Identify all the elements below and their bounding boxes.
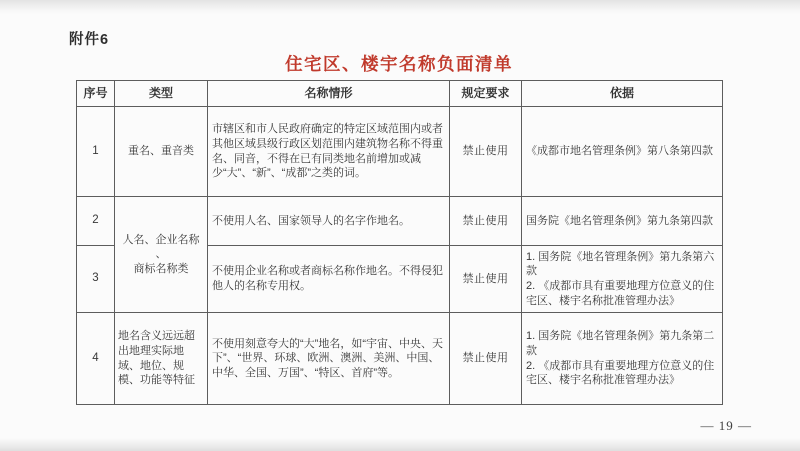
table-row: 2 人名、企业名称 、 商标名称类 不使用人名、国家领导人的名字作地名。 禁止使… [77,197,723,246]
attachment-label: 附件6 [69,28,109,49]
table-header-row: 序号 类型 名称情形 规定要求 依据 [77,81,723,107]
cell-no: 2 [77,197,115,246]
cell-type: 重名、重音类 [115,107,208,197]
cell-situation: 不使用刻意夸大的“大”地名，如“宇宙、中央、天下”、“世界、环球、欧洲、澳洲、美… [208,313,450,405]
cell-basis: 1. 国务院《地名管理条例》第九条第六款 2. 《成都市具有重要地理方位意义的住… [522,246,723,313]
cell-requirement: 禁止使用 [450,246,522,313]
header-situation: 名称情形 [208,81,450,107]
cell-type: 地名含义远远超出地理实际地域、地位、规模、功能等特征 [115,313,208,405]
cell-requirement: 禁止使用 [450,313,522,405]
table-row: 1 重名、重音类 市辖区和市人民政府确定的特定区域范围内或者其他区域县级行政区划… [77,107,723,197]
negative-list-table: 序号 类型 名称情形 规定要求 依据 1 重名、重音类 市辖区和市人民政府确定的… [76,80,723,405]
cell-type-merged: 人名、企业名称 、 商标名称类 [115,197,208,313]
header-no: 序号 [77,81,115,107]
cell-no: 4 [77,313,115,405]
header-basis: 依据 [522,81,723,107]
cell-requirement: 禁止使用 [450,197,522,246]
page-title: 住宅区、楼宇名称负面清单 [76,51,722,76]
document-page: 附件6 住宅区、楼宇名称负面清单 序号 类型 名称情形 规定要求 依据 1 重名… [0,0,800,451]
cell-basis: 1. 国务院《地名管理条例》第九条第二款 2. 《成都市具有重要地理方位意义的住… [522,313,723,405]
page-number: — 19 — [701,418,753,434]
header-requirement: 规定要求 [450,81,522,107]
cell-basis: 《成都市地名管理条例》第八条第四款 [522,107,723,197]
cell-requirement: 禁止使用 [450,107,522,197]
cell-no: 3 [77,246,115,313]
cell-situation: 不使用企业名称或者商标名称作地名。不得侵犯他人的名称专用权。 [208,246,450,313]
table-row: 4 地名含义远远超出地理实际地域、地位、规模、功能等特征 不使用刻意夸大的“大”… [77,313,723,405]
cell-basis: 国务院《地名管理条例》第九条第四款 [522,197,723,246]
cell-situation: 市辖区和市人民政府确定的特定区域范围内或者其他区域县级行政区划范围内建筑物名称不… [208,107,450,197]
cell-situation: 不使用人名、国家领导人的名字作地名。 [208,197,450,246]
header-type: 类型 [115,81,208,107]
cell-no: 1 [77,107,115,197]
